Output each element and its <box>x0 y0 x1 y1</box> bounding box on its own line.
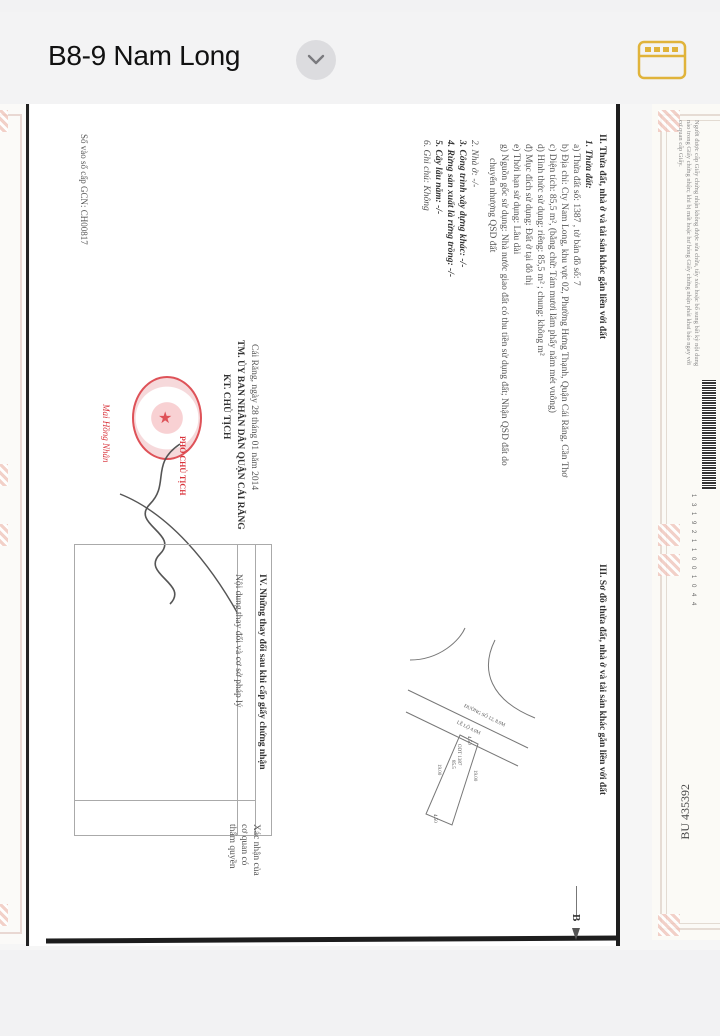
area-line: c) Diện tích: 85,5 m², (bằng chữ: Tám mư… <box>546 144 558 413</box>
section-iv-title: IV. Những thay đổi sau khi cấp giấy chứn… <box>256 574 268 770</box>
address-line: b) Địa chỉ: Cty Nam Long, khu vực 02, Ph… <box>558 144 570 477</box>
parcel-length: 19.00 <box>432 764 444 775</box>
certificate-serial: BU 435392 <box>678 784 693 840</box>
origin-line-2: chuyển nhượng QSD đất <box>486 158 498 252</box>
column-changes: Nội dung thay đổi và cơ sở pháp lý <box>232 574 244 708</box>
section-ii-title: II. Thửa đất, nhà ở và tài sản khác gắn … <box>596 134 608 339</box>
next-photo-preview[interactable]: Người được cấp Giấy chứng nhận không đượ… <box>652 104 720 940</box>
date-line: Cái Răng, ngày 28 tháng 01 năm 2014 <box>248 344 260 490</box>
photo-viewer[interactable]: Người được cấp Giấy chứng nhận không đượ… <box>0 104 720 950</box>
album-title: B8-9 Nam Long <box>48 40 240 72</box>
parcel-line: a) Thửa đất số: 1387 , tờ bản đồ số: 7 <box>570 144 582 286</box>
document-edge <box>26 104 29 946</box>
usage-form-line: d) Hình thức sử dụng: riêng: 85,5 m² ; c… <box>534 144 546 356</box>
parcel-back-width: 4.50 <box>428 814 440 823</box>
certificate-notice: Người được cấp Giấy chứng nhận không đượ… <box>676 120 700 370</box>
north-arrow-icon <box>572 928 580 940</box>
house-line: 2. Nhà ở: -/- <box>468 140 480 187</box>
note-line: 6. Ghi chú: Không <box>420 140 432 211</box>
origin-line: g) Nguồn gốc sử dụng: Nhà nước giao đất … <box>498 144 510 466</box>
north-label: B <box>570 914 582 921</box>
usage-purpose-line: đ) Mục đích sử dụng: Đất ở tại đô thị <box>522 144 534 285</box>
document-edge <box>616 104 620 946</box>
land-heading: 1. Thửa đất: <box>582 140 594 189</box>
album-grid-icon <box>636 39 688 81</box>
usage-term-line: e) Thời hạn sử dụng: Lâu dài <box>510 144 522 254</box>
section-iii-title: III. Sơ đồ thửa đất, nhà ở và tài sản kh… <box>596 564 608 795</box>
album-view-button[interactable] <box>636 39 688 81</box>
barcode <box>702 380 716 490</box>
forest-line: 4. Rừng sản xuất là rừng trồng: -/- <box>444 140 456 277</box>
chevron-down-icon <box>307 54 325 66</box>
top-bar: B8-9 Nam Long <box>0 12 720 104</box>
title-menu-button[interactable] <box>296 40 336 80</box>
perennial-line: 5. Cây lâu năm: -/- <box>432 140 444 214</box>
parcel-front-width: 4.50 <box>462 736 474 745</box>
previous-photo-preview[interactable] <box>0 104 29 944</box>
barcode-number: 1 3 1 9 2 1 1 0 0 1 0 4 4 <box>690 494 696 607</box>
parcel-area: 85.5 <box>446 760 458 769</box>
column-confirm: Xác nhận của cơ quan có thẩm quyền <box>226 824 262 884</box>
north-arrow-line <box>576 886 577 916</box>
construction-line: 3. Công trình xây dựng khác: -/- <box>456 140 468 267</box>
register-number: Số vào sổ cấp GCN: CH00817 <box>78 134 90 245</box>
parcel-length-right: 19.00 <box>468 770 480 781</box>
